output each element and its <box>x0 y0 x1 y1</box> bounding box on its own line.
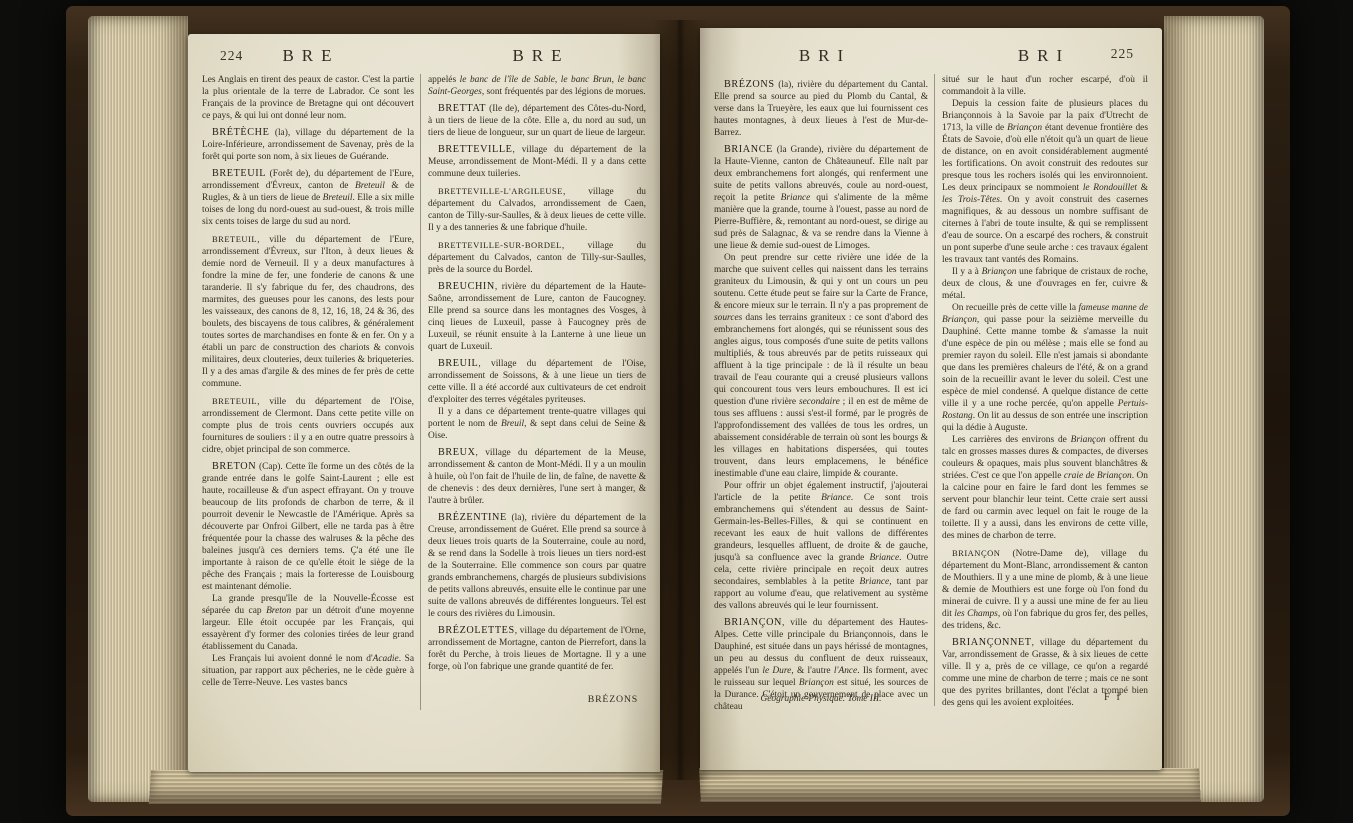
catchword: BRÉZONS <box>428 694 638 705</box>
footline-volume: Géographie-Physique. Tome III. <box>714 694 928 704</box>
entry-headword: BREUX <box>438 447 476 458</box>
paragraph: Les Français lui avoient donné le nom d'… <box>202 653 414 689</box>
running-head-bre-2: BRE <box>426 46 648 66</box>
page-224-column-1: Les Anglais en tirent des peaux de casto… <box>202 74 414 714</box>
paragraph: Les Anglais en tirent des peaux de casto… <box>202 74 414 122</box>
column-rule <box>934 74 935 706</box>
page-stack-bottom-left <box>149 770 663 804</box>
entry-headword: BRETTEVILLE-L'ARGILEUSE <box>438 186 563 196</box>
paragraph: On peut prendre sur cette rivière une id… <box>714 252 928 480</box>
entry-headword: BRÉZONS <box>724 79 775 90</box>
entry-headword: BRETTEVILLE-SUR-BORDEL <box>438 240 562 250</box>
entry-breuchin: BREUCHIN, rivière du département de la H… <box>428 281 646 353</box>
page-225: 225 BRI BRI BRÉZONS (la), rivière du dép… <box>700 28 1162 770</box>
entry-bretteville-sur-bordel: BRETTEVILLE-SUR-BORDEL, village du dépar… <box>428 239 646 276</box>
entry-brezons: BRÉZONS (la), rivière du département du … <box>714 79 928 139</box>
entry-breteuil: BRETEUIL, ville du département de l'Oise… <box>202 395 414 456</box>
page-stack-left-edge <box>88 16 188 802</box>
paragraph: Il y a à Briançon une fabrique de crista… <box>942 266 1148 302</box>
entry-headword: BRETON <box>212 461 256 472</box>
page-224: 224 BRE BRE Les Anglais en tirent des pe… <box>188 34 660 772</box>
entry-breux: BREUX, village du département de la Meus… <box>428 447 646 507</box>
column-rule <box>420 74 421 710</box>
entry-headword: BRÉZOLETTES <box>438 625 515 636</box>
entry-headword: BREUIL <box>438 358 478 369</box>
paragraph: Depuis la cession faite de plusieurs pla… <box>942 98 1148 266</box>
page-225-column-2: situé sur le haut d'un rocher escarpé, d… <box>942 74 1148 710</box>
paragraph: On recueille près de cette ville la fame… <box>942 302 1148 434</box>
entry-headword: BRÉTÈCHE <box>212 127 269 138</box>
entry-breton: BRETON (Cap). Cette île forme un des côt… <box>202 461 414 593</box>
entry-headword: BRIANÇON <box>724 617 782 628</box>
entry-headword: BREUCHIN <box>438 281 495 292</box>
entry-breuil: BREUIL, village du département de l'Oise… <box>428 358 646 406</box>
page-stack-bottom-right <box>699 768 1201 802</box>
signature-mark: F f <box>942 692 1122 703</box>
running-head-bri-1: BRI <box>712 46 930 66</box>
entry-headword: BRIANCE <box>724 144 773 155</box>
entry-headword: BRIANÇON <box>952 548 1000 558</box>
running-head-bri-2: BRI <box>940 46 1140 66</box>
entry-headword: BRETEUIL <box>212 234 257 244</box>
paragraph: situé sur le haut d'un rocher escarpé, d… <box>942 74 1148 98</box>
paragraph: La grande presqu'île de la Nouvelle-Écos… <box>202 593 414 653</box>
paragraph: Les carrières des environs de Briançon o… <box>942 434 1148 542</box>
entry-breteche: BRÉTÈCHE (la), village du département de… <box>202 127 414 163</box>
book-photograph: 224 BRE BRE Les Anglais en tirent des pe… <box>0 0 1353 823</box>
entry-briancon: BRIANÇON (Notre-Dame de), village du dép… <box>942 547 1148 632</box>
entry-breteuil: BRETEUIL (Forêt de), du département de l… <box>202 168 414 228</box>
entry-brezolettes: BRÉZOLETTES, village du département de l… <box>428 625 646 673</box>
entry-briance: BRIANCE (la Grande), rivière du départem… <box>714 144 928 252</box>
entry-bretteville-l-argileuse: BRETTEVILLE-L'ARGILEUSE, village du dépa… <box>428 185 646 234</box>
entry-headword: BRETEUIL <box>212 396 257 406</box>
entry-headword: BRETEUIL <box>212 168 266 179</box>
page-stack-right-edge <box>1164 16 1264 802</box>
paragraph: appelés le banc de l'île de Sable, le ba… <box>428 74 646 98</box>
running-head-bre-1: BRE <box>200 46 414 66</box>
paragraph: Il y a dans ce département trente-quatre… <box>428 406 646 442</box>
entry-headword: BRIANÇONNET <box>952 637 1032 648</box>
entry-bretteville: BRETTEVILLE, village du département de l… <box>428 144 646 180</box>
entry-headword: BRÉZENTINE <box>438 512 507 523</box>
entry-headword: BRETTAT <box>438 103 486 114</box>
entry-headword: BRETTEVILLE <box>438 144 513 155</box>
entry-breteuil: BRETEUIL, ville du département de l'Eure… <box>202 233 414 390</box>
entry-brettat: BRETTAT (Ile de), département des Côtes-… <box>428 103 646 139</box>
page-225-column-1: BRÉZONS (la), rivière du département du … <box>714 74 928 710</box>
paragraph: Pour offrir un objet également instructi… <box>714 480 928 612</box>
entry-brezentine: BRÉZENTINE (la), rivière du département … <box>428 512 646 620</box>
page-224-column-2: appelés le banc de l'île de Sable, le ba… <box>428 74 646 714</box>
